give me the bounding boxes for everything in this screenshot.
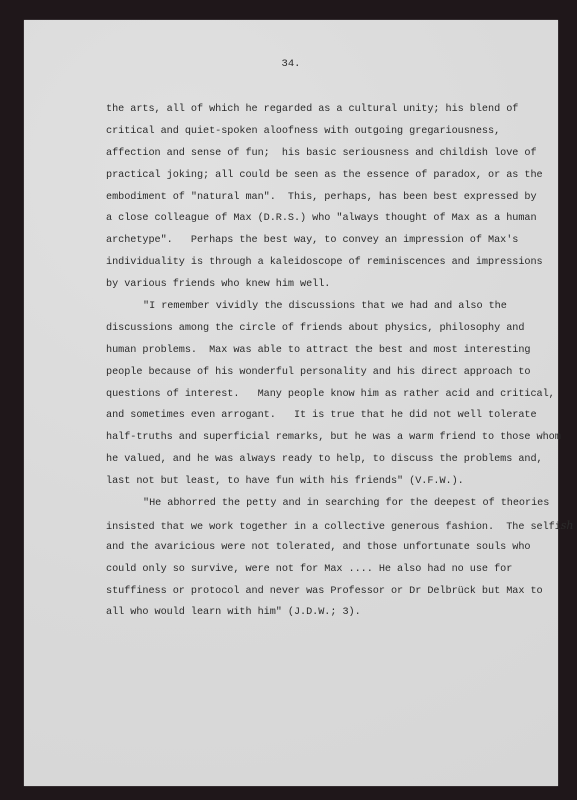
- text-line: affection and sense of fun; his basic se…: [106, 143, 546, 165]
- text-line: and sometimes even arrogant. It is true …: [106, 405, 546, 427]
- document-page: 34. the arts, all of which he regarded a…: [24, 20, 558, 786]
- text-line: embodiment of "natural man". This, perha…: [106, 187, 546, 209]
- page-number: 34.: [24, 58, 558, 70]
- text-line: half-truths and superficial remarks, but…: [106, 427, 546, 449]
- text-line: last not but least, to have fun with his…: [106, 471, 546, 493]
- text-line: archetype". Perhaps the best way, to con…: [106, 230, 546, 252]
- body-text: the arts, all of which he regarded as a …: [106, 99, 546, 624]
- text-line: by various friends who knew him well.: [106, 274, 546, 296]
- text-line: could only so survive, were not for Max …: [106, 559, 546, 581]
- text-line: practical joking; all could be seen as t…: [106, 165, 546, 187]
- text-line: discussions among the circle of friends …: [106, 318, 546, 340]
- text-line: insisted that we work together in a coll…: [106, 515, 546, 537]
- text-line: people because of his wonderful personal…: [106, 362, 546, 384]
- text-line: individuality is through a kaleidoscope …: [106, 252, 546, 274]
- text-line-typed: insisted that we work together in a coll…: [106, 522, 561, 533]
- handwritten-correction: sh: [561, 519, 574, 532]
- text-line: a close colleague of Max (D.R.S.) who "a…: [106, 208, 546, 230]
- text-line: critical and quiet-spoken aloofness with…: [106, 121, 546, 143]
- text-line: stuffiness or protocol and never was Pro…: [106, 581, 546, 603]
- text-line: all who would learn with him" (J.D.W.; 3…: [106, 602, 546, 624]
- text-line: the arts, all of which he regarded as a …: [106, 99, 546, 121]
- text-line: questions of interest. Many people know …: [106, 384, 546, 406]
- text-line: human problems. Max was able to attract …: [106, 340, 546, 362]
- text-line: he valued, and he was always ready to he…: [106, 449, 546, 471]
- text-line: "I remember vividly the discussions that…: [106, 296, 546, 318]
- text-line: "He abhorred the petty and in searching …: [106, 493, 546, 515]
- text-line: and the avaricious were not tolerated, a…: [106, 537, 546, 559]
